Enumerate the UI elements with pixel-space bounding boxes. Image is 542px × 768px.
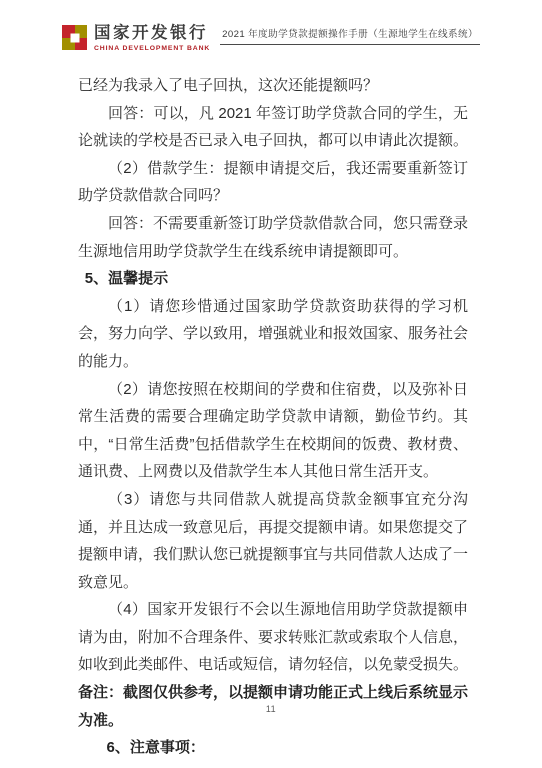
doc-title: 2021 年度助学贷款提额操作手册（生源地学生在线系统） — [220, 26, 480, 40]
section-heading-6: 6、注意事项： — [78, 734, 468, 762]
page-header: 国家开发银行 CHINA DEVELOPMENT BANK 2021 年度助学贷… — [62, 24, 480, 52]
logo-center-square — [70, 33, 79, 42]
page-footer: 11 — [0, 699, 542, 717]
bank-name-block: 国家开发银行 CHINA DEVELOPMENT BANK — [94, 24, 210, 52]
header-rule: 2021 年度助学贷款提额操作手册（生源地学生在线系统） — [220, 26, 480, 45]
paragraph-continuation: 已经为我录入了电子回执，这次还能提额吗？ — [78, 72, 468, 100]
bank-name-cn: 国家开发银行 — [94, 24, 210, 43]
paragraph-answer-1: 回答：可以，凡 2021 年签订助学贷款合同的学生，无论就读的学校是否已录入电子… — [78, 100, 468, 155]
paragraph-tip-4: （4）国家开发银行不会以生源地信用助学贷款提额申请为由，附加不合理条件、要求转账… — [78, 596, 468, 679]
paragraph-tip-1: （1）请您珍惜通过国家助学贷款资助获得的学习机会，努力向学、学以致用，增强就业和… — [78, 293, 468, 376]
document-body: 已经为我录入了电子回执，这次还能提额吗？ 回答：可以，凡 2021 年签订助学贷… — [78, 72, 468, 762]
paragraph-tip-3: （3）请您与共同借款人就提高贷款金额事宜充分沟通，并且达成一致意见后，再提交提额… — [78, 486, 468, 596]
section-heading-5: 5、温馨提示 — [78, 265, 468, 293]
page-number: 11 — [266, 704, 276, 714]
bank-name-en: CHINA DEVELOPMENT BANK — [94, 45, 210, 52]
paragraph-tip-2: （2）请您按照在校期间的学费和住宿费，以及弥补日常生活费的需要合理确定助学贷款申… — [78, 376, 468, 486]
bank-logo-group: 国家开发银行 CHINA DEVELOPMENT BANK — [62, 24, 210, 52]
paragraph-answer-2: 回答：不需要重新签订助学贷款借款合同，您只需登录生源地信用助学贷款学生在线系统申… — [78, 210, 468, 265]
document-page: 国家开发银行 CHINA DEVELOPMENT BANK 2021 年度助学贷… — [0, 0, 542, 768]
bank-logo-icon — [62, 25, 87, 50]
paragraph-question-2: （2）借款学生：提额申请提交后，我还需要重新签订助学贷款借款合同吗？ — [78, 155, 468, 210]
